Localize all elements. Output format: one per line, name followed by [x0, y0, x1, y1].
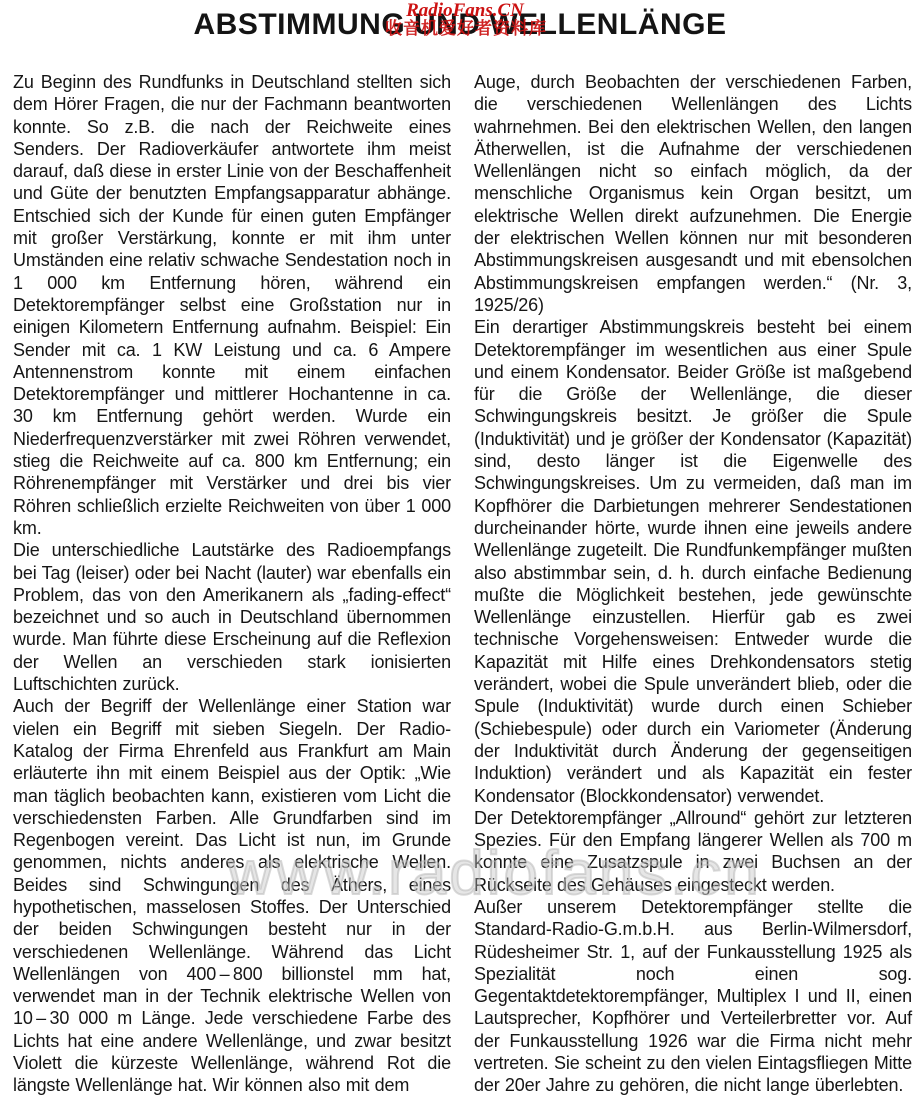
- left-column: Zu Beginn des Rundfunks in Deutschland s…: [13, 71, 451, 1096]
- paragraph: Auch der Begriff der Wellenlänge einer S…: [13, 695, 451, 1096]
- paragraph: Ein derartiger Abstimmungskreis besteht …: [474, 316, 912, 807]
- paragraph: Auge, durch Beobachten der verschiedenen…: [474, 71, 912, 316]
- paragraph: Außer unserem Detektorempfänger stellte …: [474, 896, 912, 1096]
- page-title: ABSTIMMUNG UND WELLENLÄNGE: [0, 8, 920, 42]
- paragraph: Der Detektorempfänger „Allround“ gehört …: [474, 807, 912, 896]
- magazine-page: RadioFans.CN 收音机爱好者资料库 ABSTIMMUNG UND WE…: [0, 0, 920, 1096]
- paragraph: Die unterschiedliche Lautstärke des Radi…: [13, 539, 451, 695]
- paragraph: Zu Beginn des Rundfunks in Deutschland s…: [13, 71, 451, 539]
- article-body: Zu Beginn des Rundfunks in Deutschland s…: [13, 71, 912, 1096]
- right-column: Auge, durch Beobachten der verschiedenen…: [474, 71, 912, 1096]
